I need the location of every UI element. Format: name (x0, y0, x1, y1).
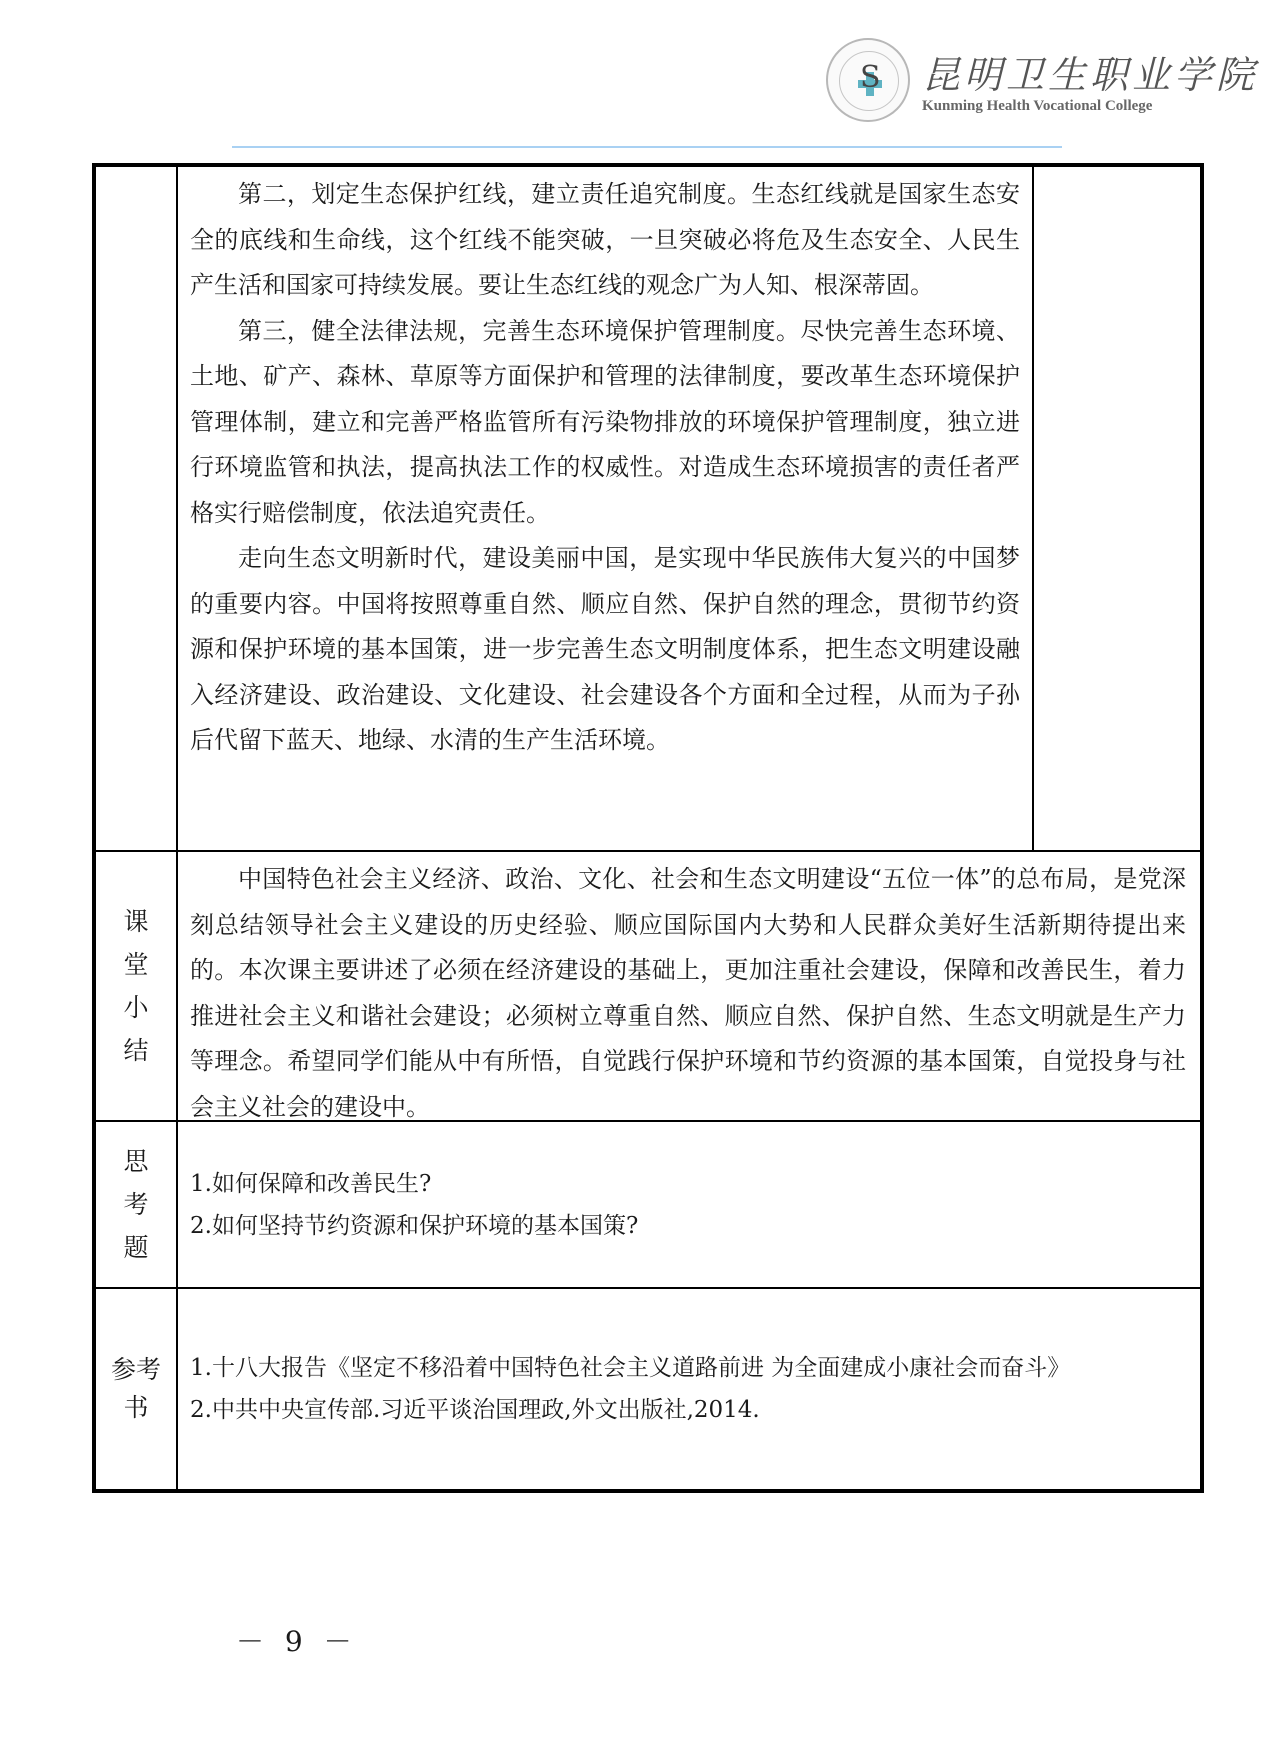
college-name-chinese: 昆明卫生职业学院 (922, 44, 1258, 99)
label-char: 题 (123, 1226, 148, 1269)
label-char: 结 (123, 1029, 148, 1072)
lesson-plan-table: 第二，划定生态保护红线，建立责任追究制度。生态红线就是国家生态安全的底线和生命线… (92, 163, 1204, 1493)
question-item: 2.如何坚持节约资源和保护环境的基本国策? (190, 1205, 1200, 1247)
page-header: S 昆明卫生职业学院 Kunming Health Vocational Col… (826, 38, 1226, 128)
questions-cell: 1.如何保障和改善民生? 2.如何坚持节约资源和保护环境的基本国策? (178, 1122, 1200, 1287)
dragon-s-icon: S (860, 60, 881, 95)
notes-cell (1032, 167, 1200, 850)
references-cell: 1.十八大报告《坚定不移沿着中国特色社会主义道路前进 为全面建成小康社会而奋斗》… (178, 1289, 1200, 1489)
label-char: 考 (123, 1183, 148, 1226)
reference-item: 2.中共中央宣传部.习近平谈治国理政,外文出版社,2014. (190, 1389, 1186, 1431)
label-char: 小 (123, 986, 148, 1029)
row-label-references: 参考 书 (96, 1289, 178, 1489)
row-label-summary: 课 堂 小 结 (96, 852, 178, 1120)
page-number: － 9 － (236, 1620, 358, 1660)
row-label-empty (96, 167, 178, 850)
summary-paragraph: 中国特色社会主义经济、政治、文化、社会和生态文明建设“五位一体”的总布局，是党深… (190, 857, 1186, 1130)
college-name-english: Kunming Health Vocational College (922, 98, 1152, 115)
label-char: 堂 (123, 943, 148, 986)
label-line: 书 (123, 1389, 148, 1427)
table-row-references: 参考 书 1.十八大报告《坚定不移沿着中国特色社会主义道路前进 为全面建成小康社… (96, 1289, 1200, 1489)
table-row-questions: 思 考 题 1.如何保障和改善民生? 2.如何坚持节约资源和保护环境的基本国策? (96, 1122, 1200, 1289)
paragraph-red-line: 第二，划定生态保护红线，建立责任追究制度。生态红线就是国家生态安全的底线和生命线… (190, 172, 1020, 309)
summary-cell: 中国特色社会主义经济、政治、文化、社会和生态文明建设“五位一体”的总布局，是党深… (178, 852, 1200, 1120)
label-char: 思 (123, 1140, 148, 1183)
paragraph-laws: 第三，健全法律法规，完善生态环境保护管理制度。尽快完善生态环境、土地、矿产、森林… (190, 309, 1020, 537)
table-row-content: 第二，划定生态保护红线，建立责任追究制度。生态红线就是国家生态安全的底线和生命线… (96, 167, 1200, 852)
question-item: 1.如何保障和改善民生? (190, 1163, 1200, 1205)
reference-item: 1.十八大报告《坚定不移沿着中国特色社会主义道路前进 为全面建成小康社会而奋斗》 (190, 1347, 1186, 1389)
label-line: 参考 (111, 1351, 161, 1389)
college-emblem-icon: S (826, 38, 910, 122)
table-row-summary: 课 堂 小 结 中国特色社会主义经济、政治、文化、社会和生态文明建设“五位一体”… (96, 852, 1200, 1122)
label-char: 课 (123, 900, 148, 943)
paragraph-beautiful-china: 走向生态文明新时代，建设美丽中国，是实现中华民族伟大复兴的中国梦的重要内容。中国… (190, 536, 1020, 764)
content-cell: 第二，划定生态保护红线，建立责任追究制度。生态红线就是国家生态安全的底线和生命线… (178, 167, 1032, 850)
header-divider (232, 146, 1062, 148)
row-label-questions: 思 考 题 (96, 1122, 178, 1287)
